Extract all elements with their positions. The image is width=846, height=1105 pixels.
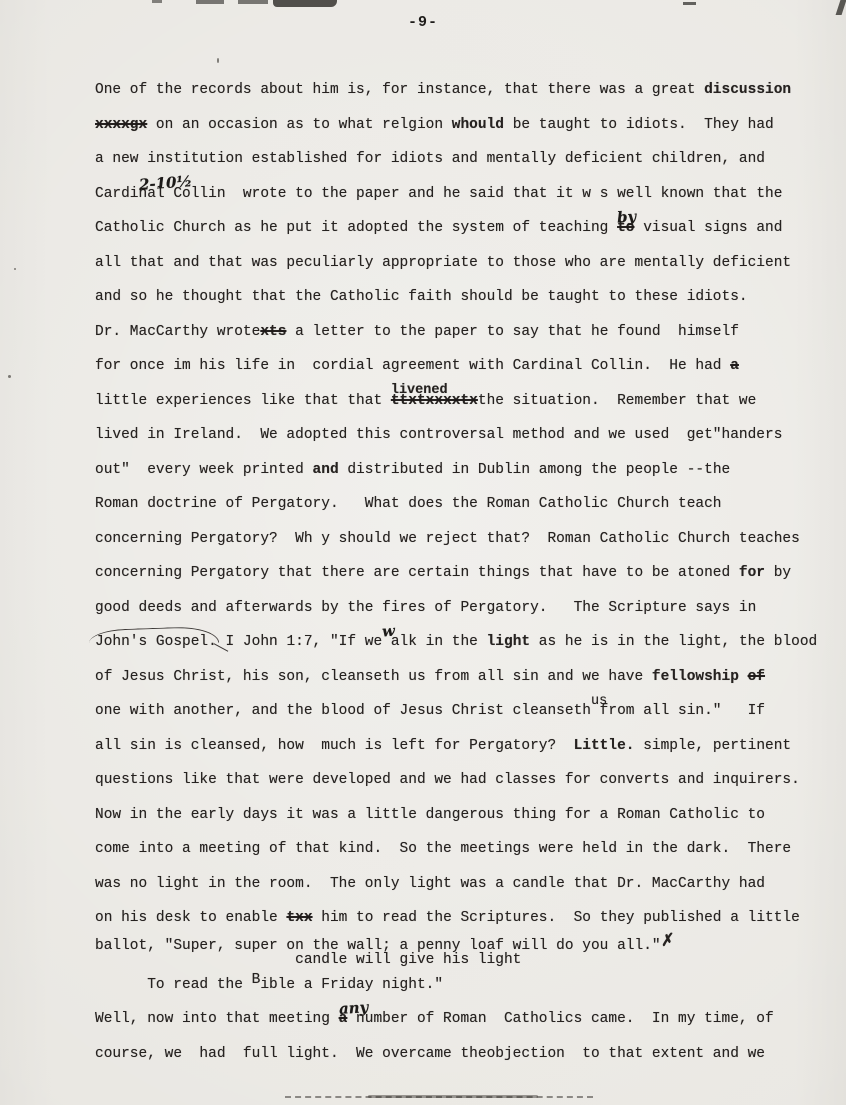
typed-line: for once im his life in cordial agreemen… (95, 349, 840, 384)
struck-text: of (748, 669, 765, 685)
typed-text: Now in the early days it was a little da… (95, 807, 765, 823)
typed-insert: us (591, 695, 607, 709)
typed-text: Dr. MacCarthy wrote (95, 324, 260, 340)
typed-line: concerning Pergatory that there are cert… (95, 556, 840, 591)
scan-artifact-top (238, 0, 268, 4)
scan-artifact-corner (836, 0, 846, 15)
typed-text: alkw (382, 634, 417, 650)
typed-text: all that and that was peculiarly appropr… (95, 255, 791, 271)
struck-text: ttxtxxxxtxlivened (391, 393, 478, 409)
typed-text: concerning Pergatory? Wh y should we rej… (95, 531, 800, 547)
page-number: -9- (0, 14, 846, 31)
typed-text: nal Collin2-10½ (139, 186, 226, 202)
typed-text: whould (452, 117, 504, 133)
typed-text: Cardi (95, 186, 139, 202)
typed-line: Roman doctrine of Pergatory. What does t… (95, 487, 840, 522)
typed-text: a letter to the paper to say that he fou… (286, 324, 738, 340)
typed-text (739, 669, 748, 685)
scanned-document-page: -9- One of the records about him is, for… (0, 0, 846, 1105)
typed-text: discussion (704, 82, 791, 98)
typed-line: was no light in the room. The only light… (95, 867, 840, 902)
typed-lines: One of the records about him is, for ins… (95, 73, 840, 1071)
scan-artifact-top (196, 0, 224, 4)
typed-text: of Jesus Christ, his son, cleanseth us f… (95, 669, 652, 685)
handwritten-insert: 2-10½ (138, 174, 192, 193)
typed-line: a new institution established for idiots… (95, 142, 840, 177)
typed-text: him to read the Scriptures. So they publ… (313, 910, 800, 926)
typed-line: Catholic Church as he put it adopted the… (95, 211, 840, 246)
typed-line: To read the Bible a Friday night." (95, 968, 840, 1003)
typed-line: John's Gospel. I John 1:7, "If we alkw i… (95, 625, 840, 660)
typed-line: all that and that was peculiarly appropr… (95, 246, 840, 281)
struck-text: xts (260, 324, 286, 340)
typed-text: be taught to idiots. They had (504, 117, 774, 133)
typed-text: wrote to the paper and he said that it w… (226, 186, 783, 202)
typed-text: I John 1:7, "If we (217, 634, 382, 650)
handwritten-insert: w (382, 624, 396, 640)
typed-text: one with another, and the blood of Jesus… (95, 703, 591, 719)
typed-text: the situation. Remember that we (478, 393, 756, 409)
bottom-scan-line-dark (368, 1095, 538, 1098)
typed-text: course, we had full light. We overcame t… (95, 1046, 765, 1062)
typed-text: on his desk to enable (95, 910, 286, 926)
typed-text: by (765, 565, 791, 581)
typed-line: One of the records about him is, for ins… (95, 73, 840, 108)
typed-line: questions like that were developed and w… (95, 763, 840, 798)
typed-line: course, we had full light. We overcame t… (95, 1037, 840, 1072)
typed-line: ballot, "Super, super on the wall; a pen… (95, 936, 840, 952)
typed-text: and (313, 462, 339, 478)
typed-text: a new institution established for idiots… (95, 151, 765, 167)
typed-text: One of the records about him is, for ins… (95, 82, 704, 98)
typed-text: and so he thought that the Catholic fait… (95, 289, 748, 305)
struck-text: toby (617, 220, 634, 236)
scan-artifact-top (152, 0, 162, 3)
typed-line: little experiences like that that ttxtxx… (95, 384, 840, 419)
typed-line: and so he thought that the Catholic fait… (95, 280, 840, 315)
typed-line: good deeds and afterwards by the fires o… (95, 591, 840, 626)
struck-text: a (730, 358, 739, 374)
typed-text: fellowship (652, 669, 739, 685)
struck-text: txx (286, 910, 312, 926)
typed-text: light (487, 634, 531, 650)
typed-insert: livened (391, 384, 448, 398)
typed-line: xxxxgx on an occasion as to what relgion… (95, 108, 840, 143)
typed-line: one with another, and the blood of Jesus… (95, 694, 840, 729)
typed-text: visual signs and (635, 220, 783, 236)
typed-text: Catholic Church as he put it adopted the… (95, 220, 617, 236)
typed-text: out" every week printed (95, 462, 313, 478)
typed-text: Roman doctrine of Pergatory. What does t… (95, 496, 722, 512)
typed-line: Well, now into that meeting aany number … (95, 1002, 840, 1037)
typed-text: concerning Pergatory that there are cert… (95, 565, 739, 581)
typed-line: Now in the early days it was a little da… (95, 798, 840, 833)
handwritten-mark: ✗ (658, 930, 674, 948)
typed-text: on an occasion as to what relgion (147, 117, 452, 133)
scan-artifact-top (683, 2, 696, 5)
typed-text: To read the (147, 977, 251, 993)
typed-line: concerning Pergatory? Wh y should we rej… (95, 522, 840, 557)
typed-text: as he is in the light, the blood (530, 634, 817, 650)
typed-text: little experiences like that that (95, 393, 391, 409)
scan-speck (14, 268, 16, 270)
typed-text: from all sin." Ifus (591, 703, 765, 719)
handwritten-insert: by (617, 209, 637, 225)
scan-speck (217, 58, 219, 63)
typed-line: lived in Ireland. We adopted this contro… (95, 418, 840, 453)
typed-text: ible a Friday night." (260, 977, 443, 993)
typed-text: Little. (574, 738, 635, 754)
typed-text: was no light in the room. The only light… (95, 876, 765, 892)
typed-text: questions like that were developed and w… (95, 772, 800, 788)
scan-speck (8, 375, 11, 378)
typed-text: John's Gospel. (95, 634, 217, 650)
typed-text: simple, pertinent (635, 738, 792, 754)
typed-line: of Jesus Christ, his son, cleanseth us f… (95, 660, 840, 695)
typed-text: Well, now into that meeting (95, 1011, 339, 1027)
typed-text: distributed in Dublin among the people -… (339, 462, 731, 478)
struck-text: xxxxgx (95, 117, 147, 133)
typed-line: on his desk to enable txx him to read th… (95, 901, 840, 936)
typed-text: for (739, 565, 765, 581)
typed-text: good deeds and afterwards by the fires o… (95, 600, 756, 616)
typed-text: candle will give his light (295, 952, 521, 968)
typed-line: come into a meeting of that kind. So the… (95, 832, 840, 867)
typed-text: lived in Ireland. We adopted this contro… (95, 427, 782, 443)
scan-artifact-top (273, 0, 337, 7)
typed-text: come into a meeting of that kind. So the… (95, 841, 791, 857)
typed-text: all sin is cleansed, how much is left fo… (95, 738, 574, 754)
typed-line: out" every week printed and distributed … (95, 453, 840, 488)
typed-line: Dr. MacCarthy wrotexts a letter to the p… (95, 315, 840, 350)
typed-line: Cardinal Collin2-10½ wrote to the paper … (95, 177, 840, 212)
typed-text: for once im his life in cordial agreemen… (95, 358, 730, 374)
typed-text: in the (417, 634, 487, 650)
typed-text: number of Roman Catholics came. In my ti… (347, 1011, 773, 1027)
typed-line: all sin is cleansed, how much is left fo… (95, 729, 840, 764)
